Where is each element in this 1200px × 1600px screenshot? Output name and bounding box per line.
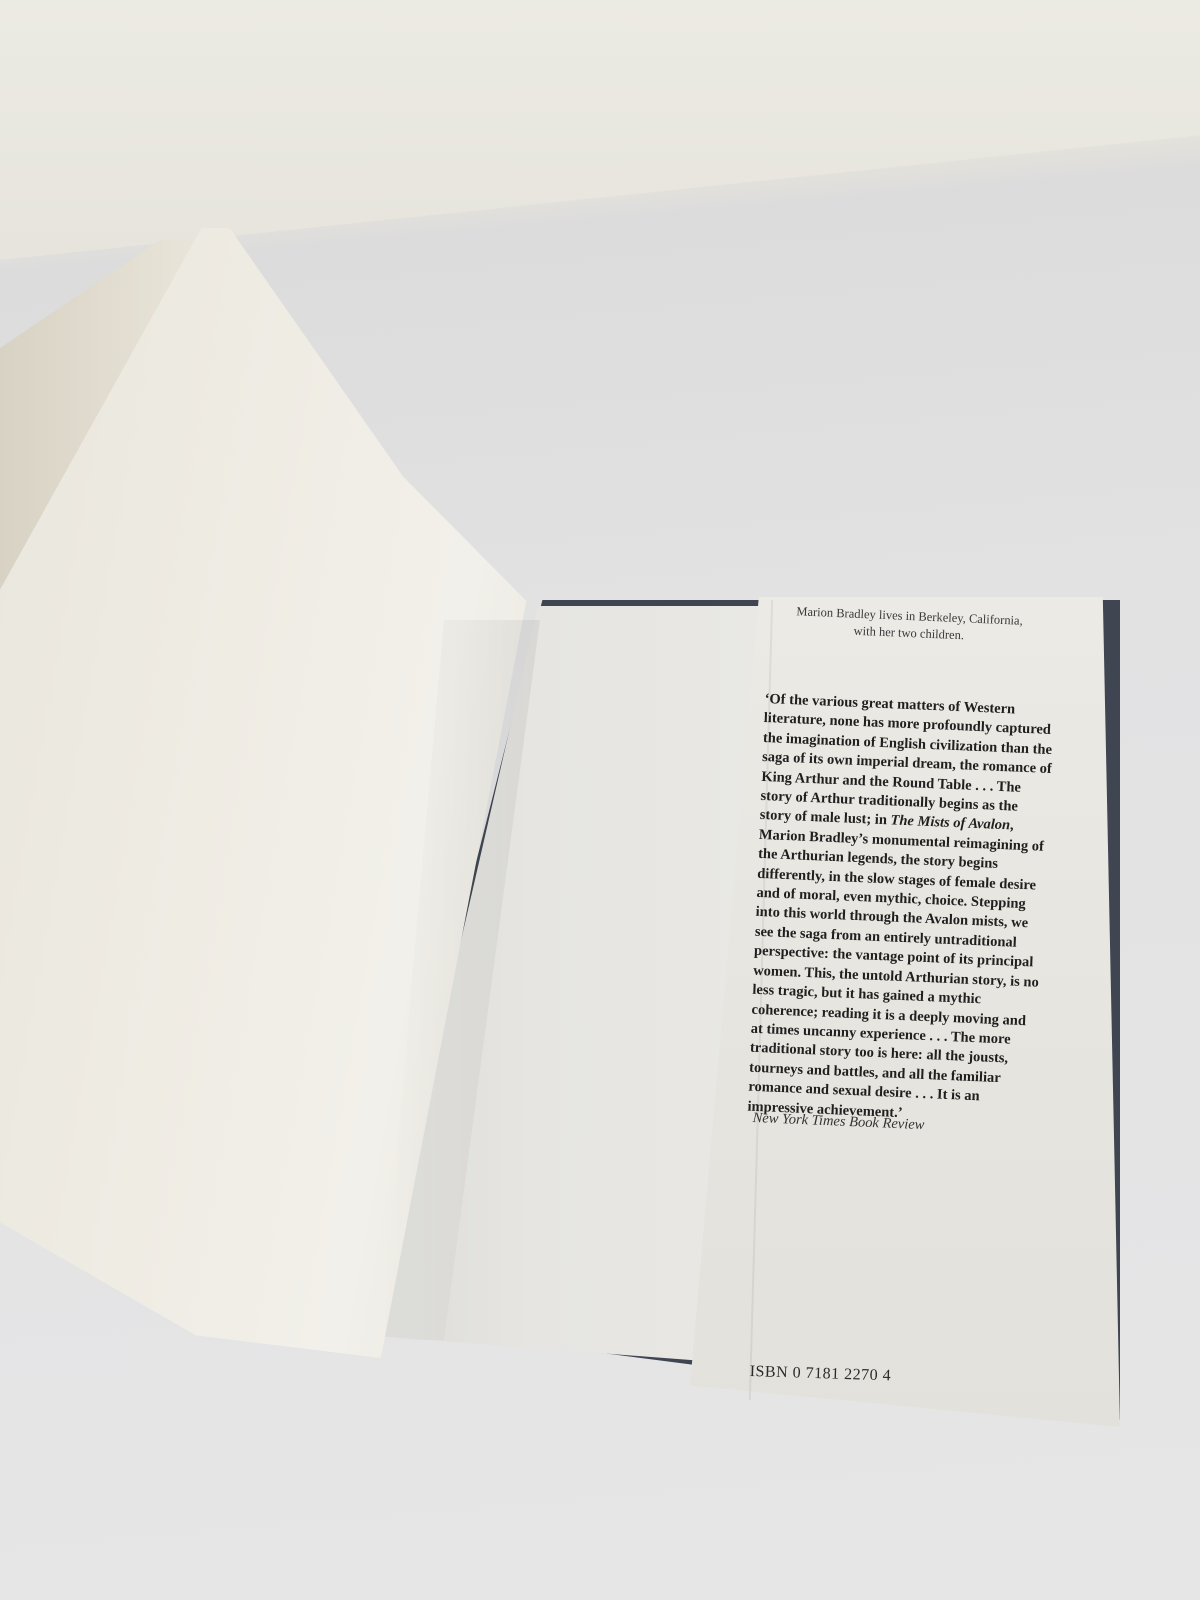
book-title: The Mists of Avalon xyxy=(890,813,1010,834)
quote-text-1: ‘Of the various great matters of Western… xyxy=(759,691,1052,829)
review-quote: ‘Of the various great matters of Western… xyxy=(747,690,1055,1129)
wall-background xyxy=(0,0,1200,260)
quote-text-2: , Marion Bradley’s monumental reimaginin… xyxy=(747,818,1044,1121)
